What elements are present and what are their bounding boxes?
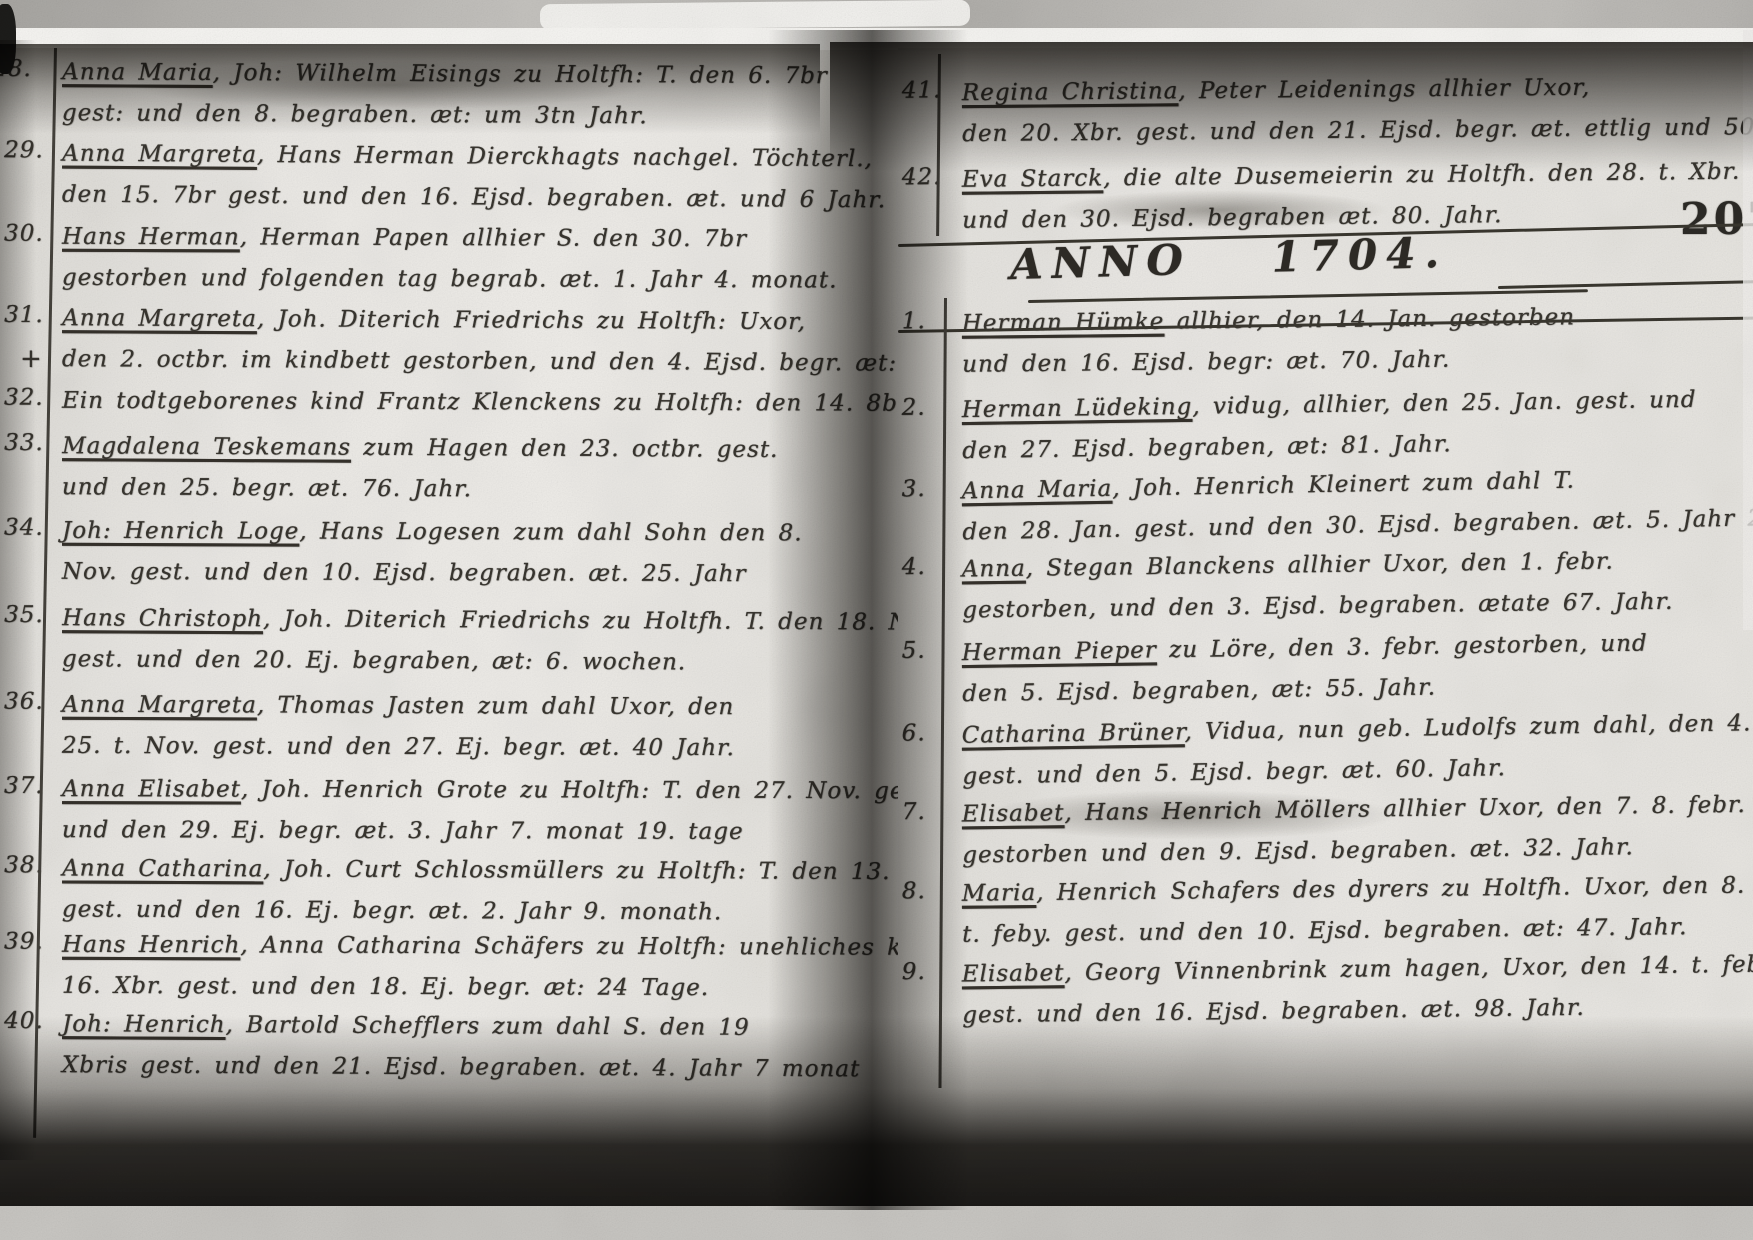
deceased-name: Regina Christina <box>962 78 1179 106</box>
entry-text: Ein todtgeborenes kind Frantz Klenckens … <box>62 388 986 417</box>
entry-line: und den 16. Ejsd. begr: æt. 70. Jahr. <box>962 337 1753 386</box>
deceased-name: Joh: Henrich <box>62 1011 226 1038</box>
register-entry: 28. Anna Maria, Joh: Wilhelm Eisings zu … <box>0 52 820 138</box>
entry-text: , Joh. Henrich Kleinert zum dahl T. <box>1112 468 1575 502</box>
entry-text: , Herman Papen allhier S. den 30. 7br <box>240 224 747 252</box>
entry-text: , Joh. Curt Schlossmüllers zu Holtfh: T.… <box>263 856 948 885</box>
entry-text: , Hans Henrich Möllers allhier Uxor, den… <box>1064 792 1746 826</box>
register-entry: 35. Hans Christoph, Joh. Diterich Friedr… <box>0 598 820 684</box>
entry-line: Anna Margreta, Hans Herman Dierckhagts n… <box>62 134 820 180</box>
entry-line: Magdalena Teskemans zum Hagen den 23. oc… <box>62 426 820 471</box>
register-entry: 29. Anna Margreta, Hans Herman Dierckhag… <box>0 133 820 221</box>
entry-text: , vidug, allhier, den 25. Jan. gest. und <box>1192 387 1697 420</box>
entry-text: , Peter Leidenings allhier Uxor, <box>1178 75 1590 105</box>
entry-text: , Henrich Schafers des dyrers zu Holtfh.… <box>1036 873 1745 906</box>
entry-text: , Joh. Diterich Friedrichs zu Holtfh. T.… <box>263 606 944 636</box>
entry-line: Anna Catharina, Joh. Curt Schlossmüllers… <box>62 848 820 892</box>
register-entry: 41. Regina Christina, Peter Leidenings a… <box>898 66 1753 155</box>
deceased-name: Herman Lüdeking <box>962 394 1193 423</box>
register-entry: 3. Anna Maria, Joh. Henrich Kleinert zum… <box>897 458 1753 555</box>
deceased-name: Elisabet <box>962 960 1065 987</box>
entry-text: , Joh. Diterich Friedrichs zu Holtfh: Ux… <box>257 306 806 335</box>
deceased-name: Anna Elisabet <box>62 776 241 802</box>
entry-number: 42. <box>902 164 942 190</box>
entry-text: zum Hagen den 23. octbr. gest. <box>351 435 779 463</box>
deceased-name: Elisabet <box>962 800 1065 827</box>
register-entry: 5. Herman Pieper zu Löre, den 3. febr. g… <box>897 622 1753 716</box>
register-entry: 36. Anna Margreta, Thomas Jasten zum dah… <box>0 685 820 770</box>
register-entry: 38. Anna Catharina, Joh. Curt Schlossmül… <box>0 848 820 934</box>
deceased-name: Anna Maria <box>961 476 1112 505</box>
entry-line: Nov. gest. und den 10. Ejsd. begraben. æ… <box>62 552 820 596</box>
register-entry: 1. Herman Hümke allhier, den 14. Jan. ge… <box>898 296 1753 387</box>
register-entry: 7. Elisabet, Hans Henrich Möllers allhie… <box>898 785 1753 877</box>
entry-line: Anna Elisabet, Joh. Henrich Grote zu Hol… <box>62 769 820 812</box>
entry-number: 30. <box>4 221 44 247</box>
header-underline <box>1498 280 1753 289</box>
entry-line: 25. t. Nov. gest. und den 27. Ej. begr. … <box>62 726 820 770</box>
register-entry: 6. Catharina Brüner, Vidua, nun geb. Lud… <box>897 703 1753 798</box>
entry-line: gest. und den 20. Ej. begraben, æt: 6. w… <box>62 639 820 684</box>
entry-line: Xbris gest. und den 21. Ejsd. begraben. … <box>62 1045 820 1090</box>
entry-line: Ein todtgeborenes kind Frantz Klenckens … <box>62 381 820 425</box>
entry-line: den 15. 7br gest. und den 16. Ejsd. begr… <box>62 175 820 221</box>
entry-number: 8. <box>902 878 926 904</box>
entry-line: 16. Xbr. gest. und den 18. Ej. begr. æt:… <box>62 966 820 1010</box>
deceased-name: Magdalena Teskemans <box>62 433 351 461</box>
scanner-bottom-strip <box>0 1206 1753 1240</box>
deceased-name: Anna Margreta <box>62 692 257 719</box>
entry-line: Anna Maria, Joh: Wilhelm Eisings zu Holt… <box>62 52 820 97</box>
deceased-name: Anna <box>962 556 1026 583</box>
page-right-edge <box>1743 30 1753 630</box>
register-entry: 8. Maria, Henrich Schafers des dyrers zu… <box>898 866 1753 957</box>
deceased-name: Hans Herman <box>62 224 240 251</box>
deceased-name: Eva Starck <box>962 165 1104 192</box>
entry-text: zu Löre, den 3. febr. gestorben, und <box>1157 631 1648 664</box>
entry-number: 7. <box>902 799 926 825</box>
entry-number: 33. <box>4 430 44 456</box>
deceased-name: Herman Hümke <box>962 309 1165 337</box>
deceased-name: Herman Pieper <box>962 637 1157 666</box>
entry-line: Anna Margreta, Joh. Diterich Friedrichs … <box>62 298 820 343</box>
entry-number: 6. <box>901 720 925 746</box>
entry-line: Hans Christoph, Joh. Diterich Friedrichs… <box>62 598 820 643</box>
entry-line: Joh: Henrich, Bartold Schefflers zum dah… <box>62 1004 820 1049</box>
entry-line: und den 25. begr. æt. 76. Jahr. <box>62 467 820 512</box>
ink-blot <box>0 4 16 74</box>
page-top-edge <box>0 28 1753 50</box>
entry-line: gestorben und folgenden tag begrab. æt. … <box>62 258 820 302</box>
entry-text: , Anna Catharina Schäfers zu Holtfh: une… <box>240 932 1009 961</box>
entry-number: 5. <box>902 638 926 664</box>
entry-number: 36. <box>4 689 44 715</box>
entry-text: , die alte Dusemeierin zu Holtfh. den 28… <box>1103 158 1753 191</box>
church-register-scan: + 28. Anna Maria, Joh: Wilhelm Eisings z… <box>0 0 1753 1240</box>
entry-text: , Thomas Jasten zum dahl Uxor, den <box>257 692 734 720</box>
entry-number: 37. <box>4 773 44 799</box>
entry-number: 3. <box>901 476 925 502</box>
register-entry: 40. Joh: Henrich, Bartold Schefflers zum… <box>0 1004 820 1090</box>
deceased-name: Hans Henrich <box>62 932 240 959</box>
entry-text: , Stegan Blanckens allhier Uxor, den 1. … <box>1026 548 1614 581</box>
deceased-name: Anna Catharina <box>62 855 263 882</box>
register-entry: 34. Joh: Henrich Loge, Hans Logesen zum … <box>0 511 820 596</box>
entry-number: 35. <box>4 602 44 628</box>
deceased-name: Hans Christoph <box>62 605 263 632</box>
entry-text: , Joh: Wilhelm Eisings zu Holtfh: T. den… <box>213 60 828 89</box>
register-entry: 32. Ein todtgeborenes kind Frantz Klenck… <box>0 381 820 425</box>
entry-line: Regina Christina, Peter Leidenings allhi… <box>962 66 1753 114</box>
entry-line: gest: und den 8. begraben. æt: um 3tn Ja… <box>62 93 820 138</box>
entry-line: und den 29. Ej. begr. æt. 3. Jahr 7. mon… <box>62 810 820 853</box>
entry-text: , Bartold Schefflers zum dahl S. den 19 <box>226 1012 750 1041</box>
entry-number: 9. <box>902 959 926 985</box>
entry-line: gest. und den 16. Ejsd. begraben. æt. 98… <box>962 986 1753 1037</box>
entry-line: Hans Henrich, Anna Catharina Schäfers zu… <box>62 925 820 969</box>
register-entry: 39. Hans Henrich, Anna Catharina Schäfer… <box>0 925 820 1010</box>
margin-cross-mark: + <box>20 344 43 374</box>
entry-line: Eva Starck, die alte Dusemeierin zu Holt… <box>962 152 1753 201</box>
entry-text: , Vidua, nun geb. Ludolfs zum dahl, den … <box>1184 710 1753 745</box>
left-page: + 28. Anna Maria, Joh: Wilhelm Eisings z… <box>0 48 820 1206</box>
entry-number: 29. <box>4 137 44 163</box>
scanner-glare <box>540 0 970 30</box>
deceased-name: Anna Maria <box>62 59 213 86</box>
register-entry: 31. Anna Margreta, Joh. Diterich Friedri… <box>0 298 820 384</box>
entry-number: 34. <box>4 515 44 541</box>
entry-number: 41. <box>902 77 942 103</box>
entry-number: 31. <box>4 302 44 328</box>
deceased-name: Anna Margreta <box>62 141 257 168</box>
entry-line: Anna Margreta, Thomas Jasten zum dahl Ux… <box>62 685 820 729</box>
entry-number: 4. <box>902 554 926 580</box>
entry-line: Joh: Henrich Loge, Hans Logesen zum dahl… <box>62 511 820 555</box>
deceased-name: Catharina Brüner <box>962 719 1185 748</box>
register-entry: 37. Anna Elisabet, Joh. Henrich Grote zu… <box>0 769 820 853</box>
register-entry: 33. Magdalena Teskemans zum Hagen den 23… <box>0 426 820 512</box>
entry-text: , Hans Logesen zum dahl Sohn den 8. <box>299 519 802 547</box>
deceased-name: Maria <box>962 880 1037 907</box>
entry-text: , Hans Herman Dierckhagts nachgel. Töcht… <box>257 142 873 172</box>
register-entry: 4. Anna, Stegan Blanckens allhier Uxor, … <box>898 540 1753 632</box>
register-entry: 9. Elisabet, Georg Vinnenbrink zum hagen… <box>898 945 1753 1037</box>
register-entry: 30. Hans Herman, Herman Papen allhier S.… <box>0 217 820 302</box>
entry-number: 32. <box>4 385 44 411</box>
deceased-name: Joh: Henrich Loge <box>62 518 299 545</box>
entry-line: den 2. octbr. im kindbett gestorben, und… <box>62 339 820 384</box>
right-page: ANNO 1704. 207 41. Regina Christina, Pet… <box>898 48 1753 1206</box>
entry-line: Hans Herman, Herman Papen allhier S. den… <box>62 217 820 261</box>
entry-text: , Georg Vinnenbrink zum hagen, Uxor, den… <box>1064 952 1753 987</box>
entry-text: , Joh. Henrich Grote zu Holtfh: T. den 2… <box>241 777 1001 805</box>
deceased-name: Anna Margreta <box>62 305 257 332</box>
entry-line: den 20. Xbr. gest. und den 21. Ejsd. beg… <box>962 107 1753 155</box>
entry-number: 2. <box>902 395 926 421</box>
